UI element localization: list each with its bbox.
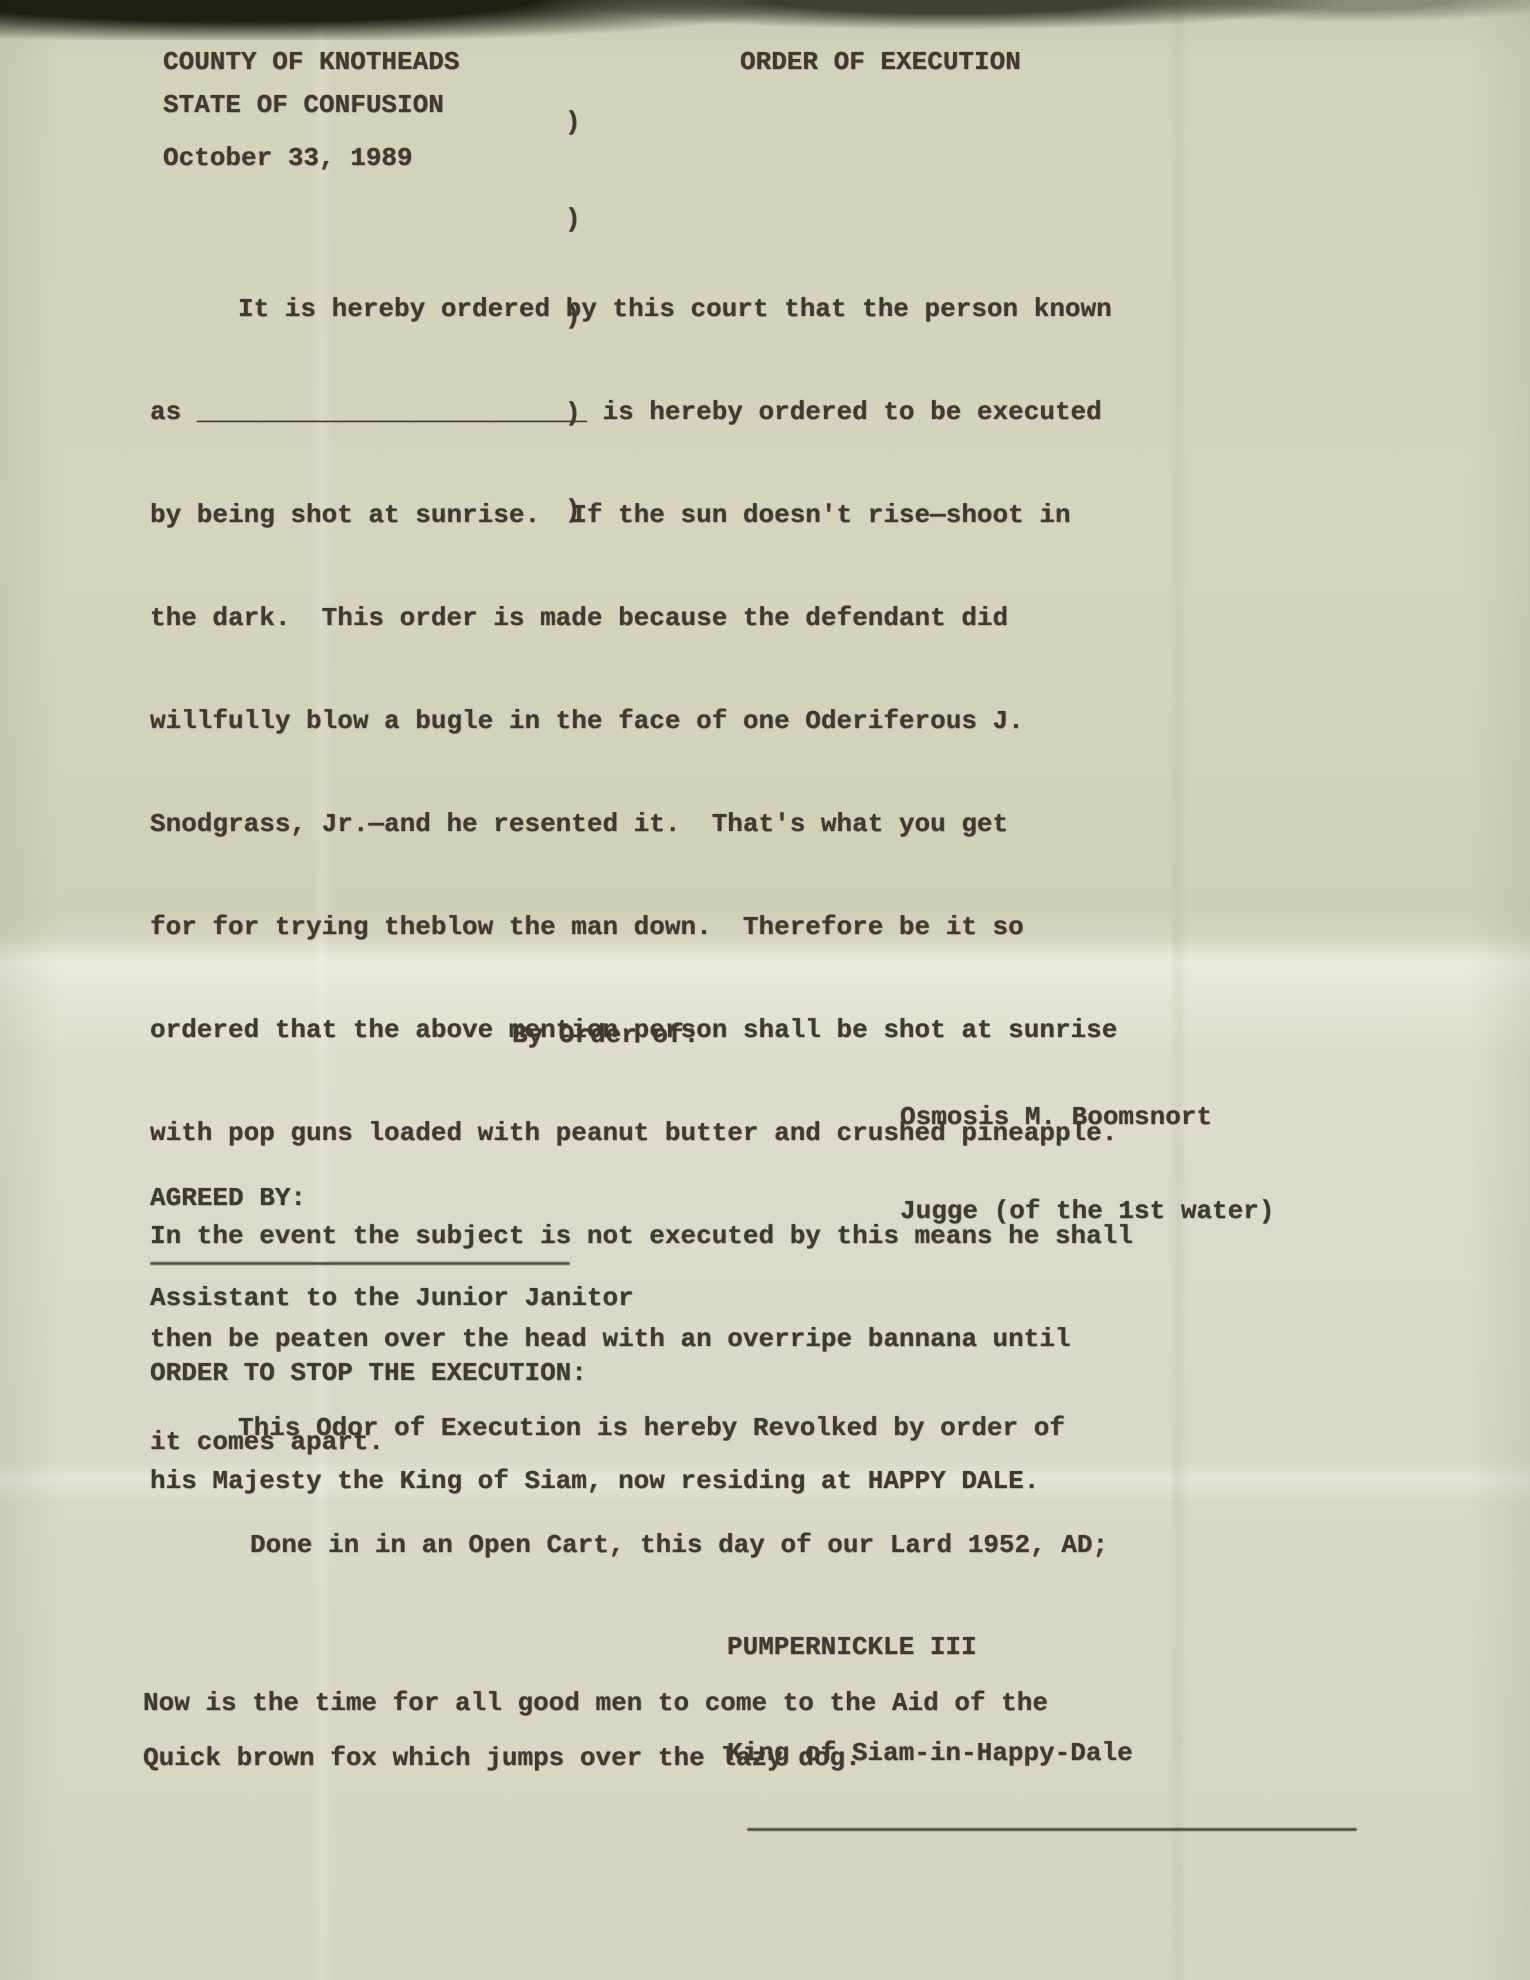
closing-line: Now is the time for all good men to come… xyxy=(143,1688,1048,1718)
king-name: PUMPERNICKLE III xyxy=(727,1624,1133,1670)
agreed-by-label: AGREED BY: xyxy=(150,1183,306,1213)
officer-block: Osmosis M. Boomsnort Jugge (of the 1st w… xyxy=(900,1040,1274,1288)
stop-order-line: This Odor of Execution is hereby Revolke… xyxy=(238,1413,1065,1443)
bracket: ) xyxy=(565,104,627,141)
closing-line: Quick brown fox which jumps over the laz… xyxy=(143,1743,861,1773)
body-line-with-name-blank: as _________________________ is hereby o… xyxy=(150,391,1133,434)
stop-order-line: his Majesty the King of Siam, now residi… xyxy=(150,1466,1039,1496)
body-line: the dark. This order is made because the… xyxy=(150,597,1133,640)
body-line: It is hereby ordered by this court that … xyxy=(150,288,1133,331)
stop-order-heading: ORDER TO STOP THE EXECUTION: xyxy=(150,1358,587,1388)
by-order-label: By Order of: xyxy=(512,1020,699,1050)
body-line: Snodgrass, Jr.—and he resented it. That'… xyxy=(150,803,1133,846)
body-line: then be peaten over the head with an ove… xyxy=(150,1318,1133,1361)
body-line: by being shot at sunrise. If the sun doe… xyxy=(150,494,1133,537)
date-line: October 33, 1989 xyxy=(163,143,413,173)
done-line: Done in in an Open Cart, this day of our… xyxy=(150,1524,1133,1567)
state-line: STATE OF CONFUSION xyxy=(163,90,444,120)
county-line: COUNTY OF KNOTHEADS xyxy=(163,47,459,77)
agreed-signature-line xyxy=(150,1262,570,1265)
document-photo: COUNTY OF KNOTHEADS STATE OF CONFUSION O… xyxy=(0,0,1530,1980)
document-title: ORDER OF EXECUTION xyxy=(740,47,1021,77)
signatory-title: Assistant to the Junior Janitor xyxy=(150,1283,634,1313)
body-line: willfully blow a bugle in the face of on… xyxy=(150,700,1133,743)
photo-edge-shadow xyxy=(0,0,1530,40)
body-line: for for trying theblow the man down. The… xyxy=(150,906,1133,949)
officer-title: Jugge (of the 1st water) xyxy=(900,1194,1274,1228)
bottom-signature-line xyxy=(747,1828,1357,1831)
officer-name: Osmosis M. Boomsnort xyxy=(900,1100,1274,1134)
